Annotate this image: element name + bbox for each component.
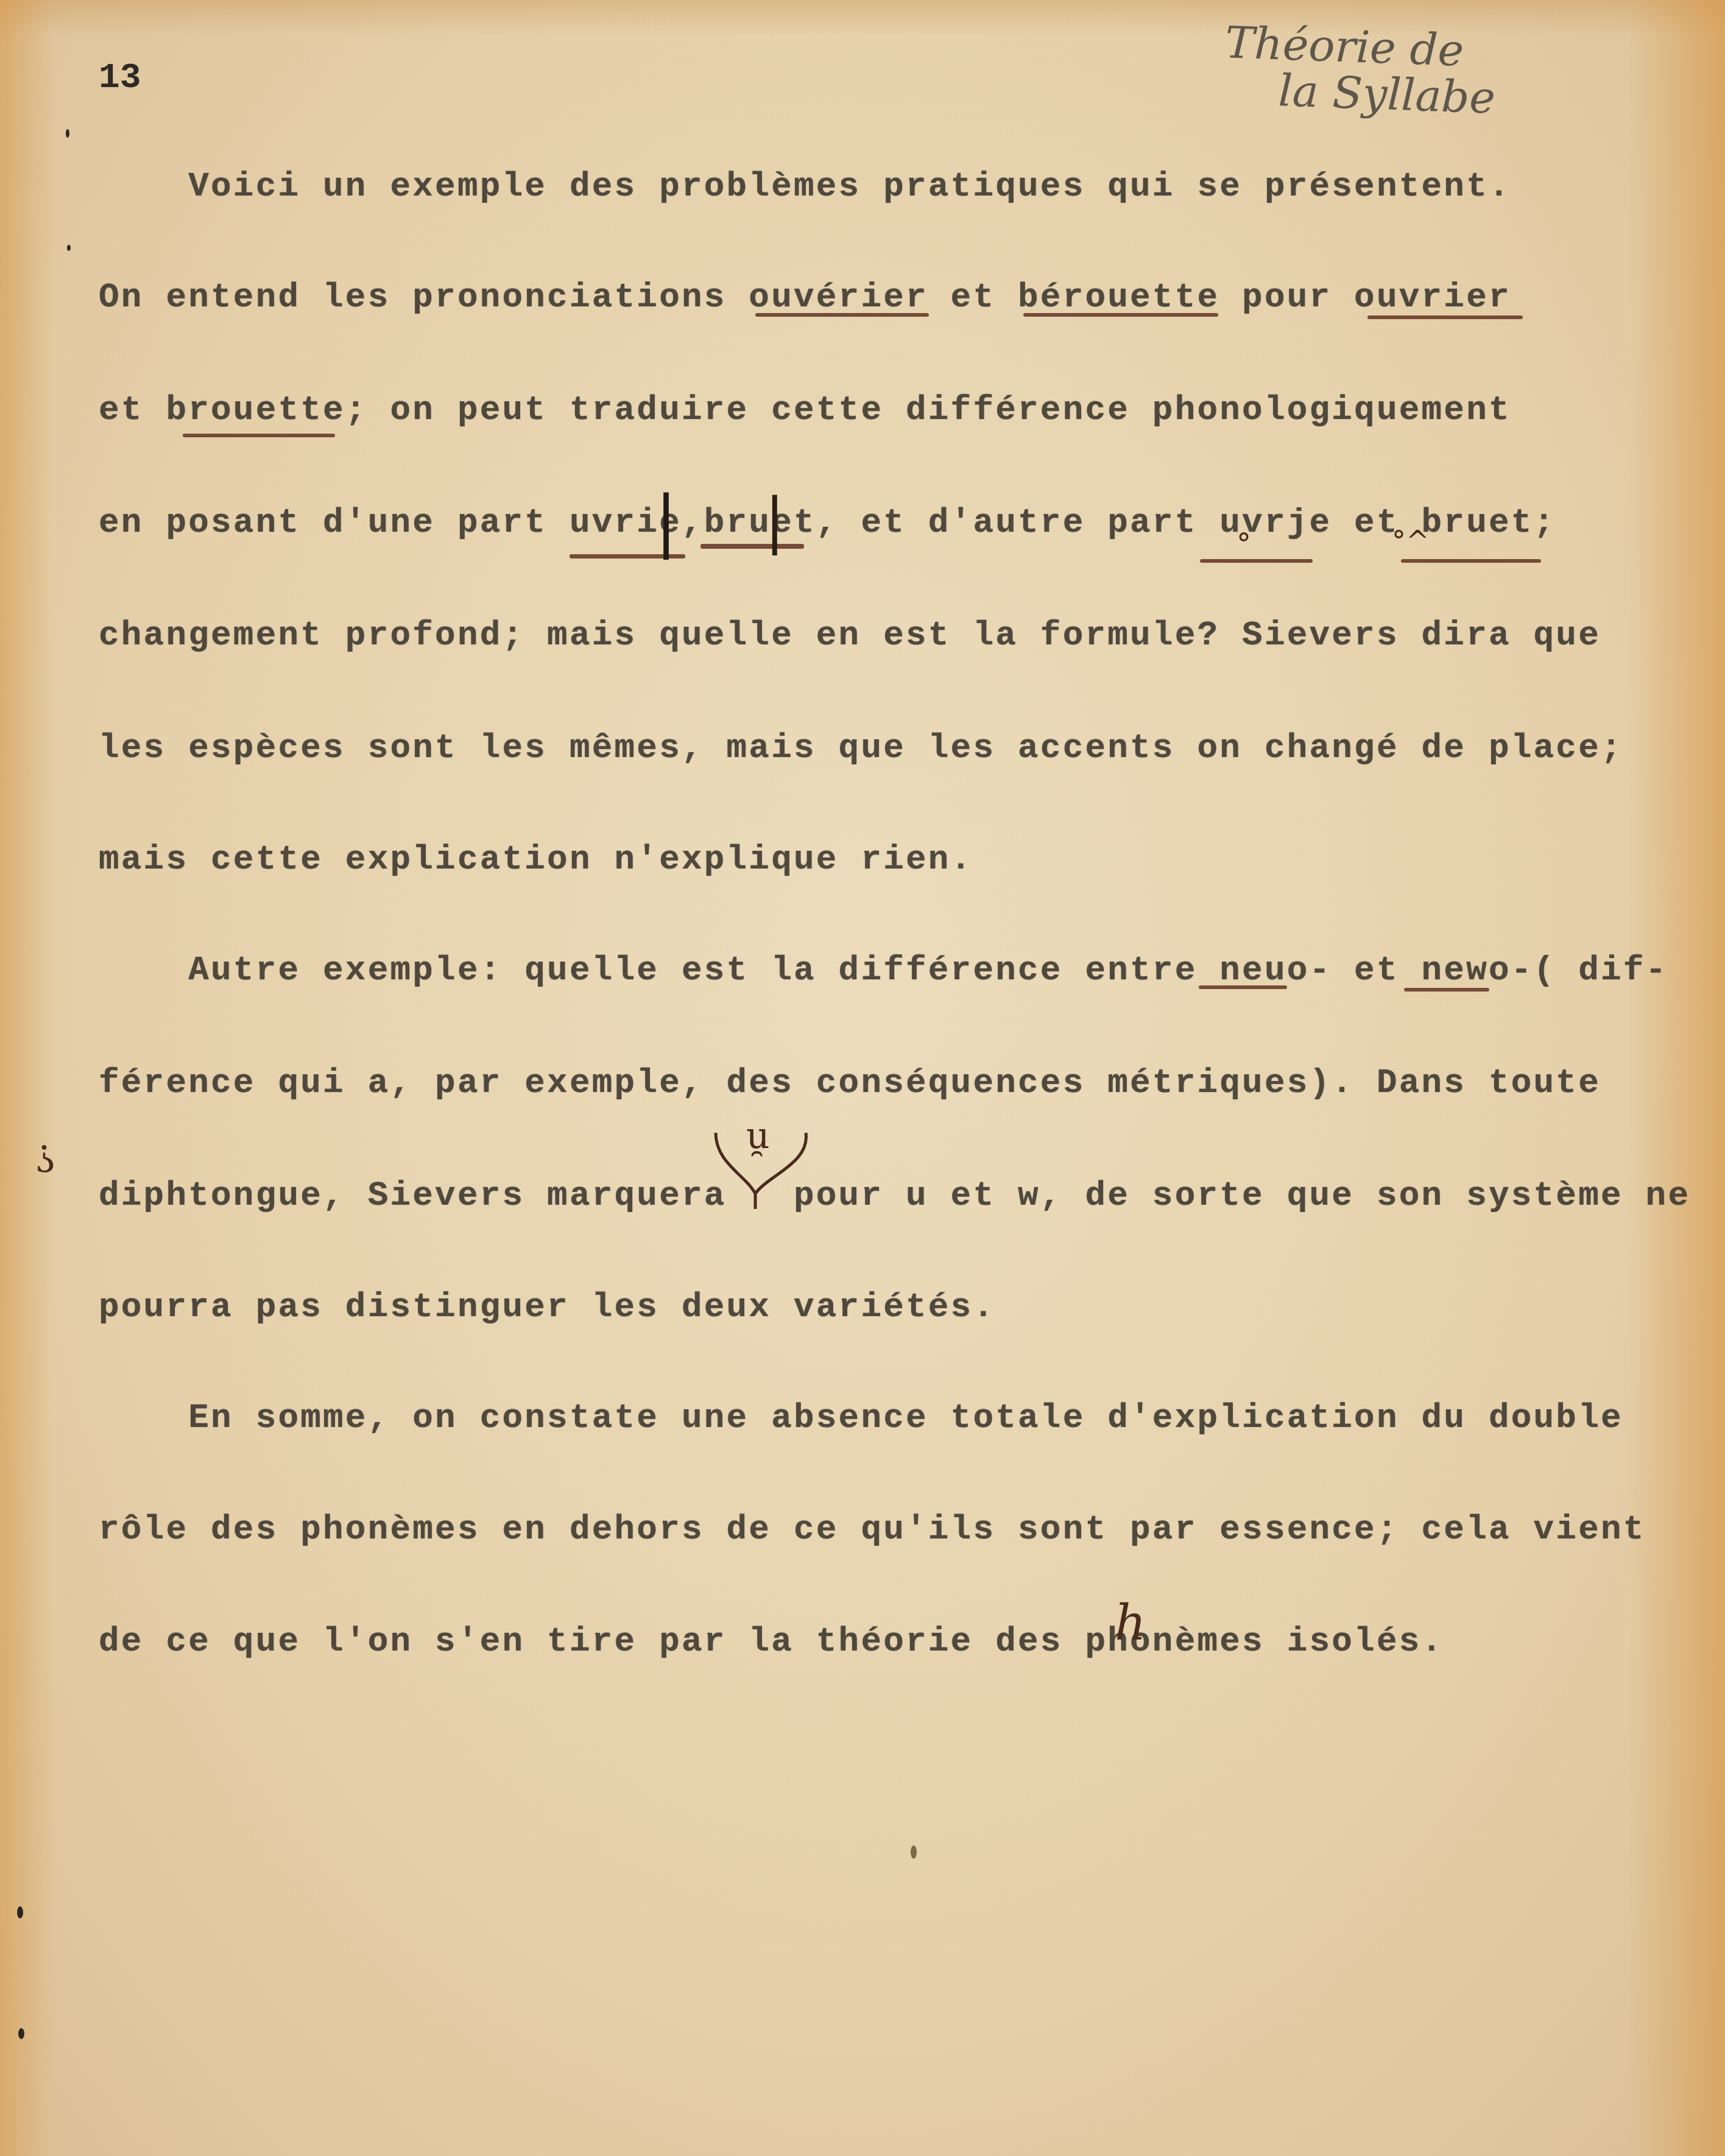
margin-note-line-2: la Syllabe — [1222, 66, 1496, 121]
underline-brouette — [183, 434, 335, 437]
underline-uvrje — [1200, 559, 1313, 563]
text-line-14: de ce que l'on s'en tire par la théorie … — [99, 1624, 1444, 1658]
text-line-8: Autre exemple: quelle est la différence … — [99, 953, 1668, 987]
margin-question-mark: ? — [35, 1139, 55, 1175]
paper-speck — [66, 129, 69, 138]
text-line-6: les espèces sont les mêmes, mais que les… — [99, 731, 1623, 765]
sievers-insertion-caret-icon — [710, 1127, 819, 1212]
margin-note-line-1: Théorie de — [1224, 19, 1498, 75]
diacritic-under-j: ° — [1236, 530, 1251, 559]
correction-h: h — [1115, 1599, 1146, 1647]
text-line-10: diphtongue, Sievers marquera pour u et w… — [99, 1178, 1690, 1213]
text-line-4: en posant d'une part uvrie,bruet, et d'a… — [99, 506, 1556, 540]
text-line-3: et brouette; on peut traduire cette diff… — [99, 393, 1511, 427]
paper-speck — [67, 245, 71, 251]
handwritten-margin-note: Théorie de la Syllabe — [1222, 19, 1498, 121]
text-line-2: On entend les prononciations ouvérier et… — [99, 280, 1511, 314]
binding-hole-mark — [18, 2028, 24, 2039]
text-line-5: changement profond; mais quelle en est l… — [99, 618, 1601, 652]
text-line-9: férence qui a, par exemple, des conséque… — [99, 1066, 1601, 1100]
paper-page: 13 Théorie de la Syllabe Voici un exempl… — [0, 0, 1725, 2156]
paper-speck — [911, 1845, 917, 1859]
underline-neuo — [1199, 985, 1287, 989]
underline-newo — [1404, 988, 1489, 992]
text-line-1: Voici un exemple des problèmes pratiques… — [99, 169, 1511, 203]
text-line-13: rôle des phonèmes en dehors de ce qu'ils… — [99, 1512, 1646, 1546]
binding-hole-mark — [17, 1906, 23, 1918]
underline-bruet-2 — [1401, 559, 1541, 563]
syllable-boundary-mark-bruet: | — [764, 490, 785, 551]
page-number: 13 — [99, 58, 141, 98]
syllable-boundary-mark-uvrie: | — [655, 487, 677, 554]
diacritic-under-bruet: °^ — [1392, 527, 1430, 555]
underline-berouette — [1023, 313, 1218, 317]
underline-bruet-1 — [700, 544, 804, 549]
text-line-11: pourra pas distinguer les deux variétés. — [99, 1290, 995, 1324]
underline-ouvrier — [1367, 315, 1523, 319]
text-line-7: mais cette explication n'explique rien. — [99, 842, 973, 876]
underline-ouverier — [755, 313, 929, 317]
text-line-12: En somme, on constate une absence totale… — [99, 1401, 1623, 1435]
